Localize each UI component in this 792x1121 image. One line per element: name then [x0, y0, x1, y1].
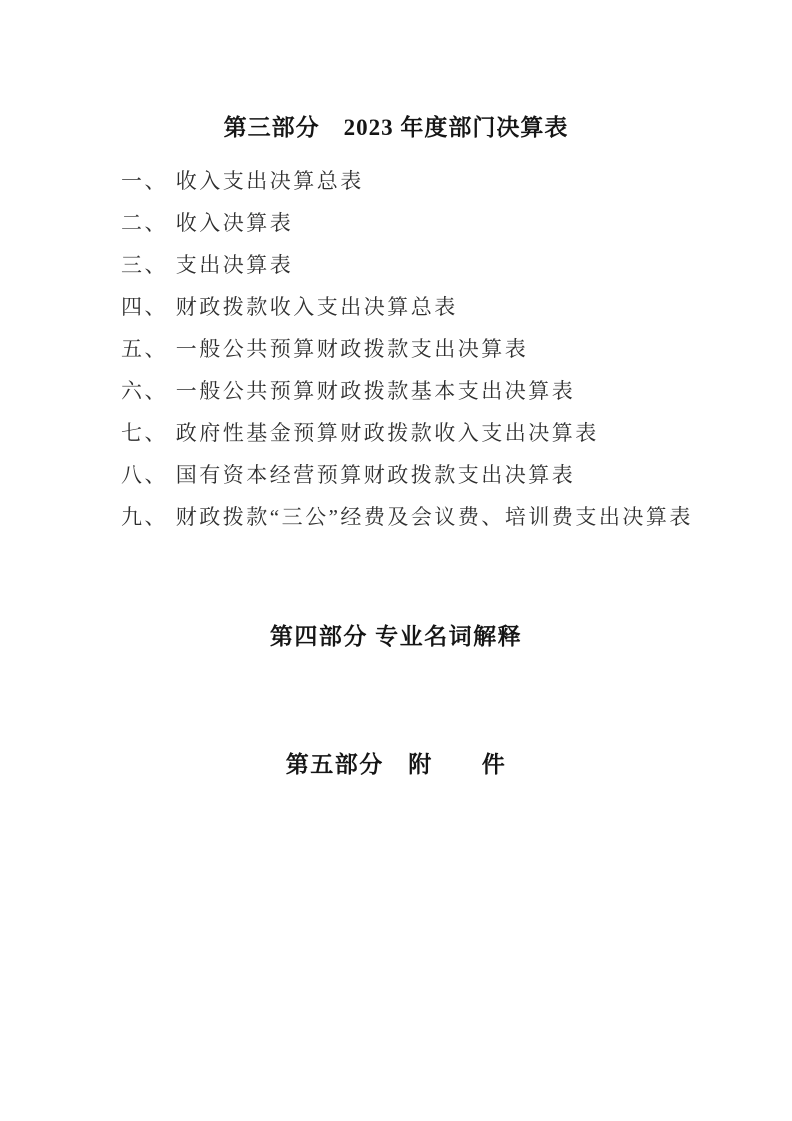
toc-item: 三、 支出决算表: [121, 243, 792, 285]
toc-item: 六、 一般公共预算财政拨款基本支出决算表: [121, 369, 792, 411]
section3-title: 第三部分 2023 年度部门决算表: [0, 15, 792, 143]
toc-item: 九、 财政拨款“三公”经费及会议费、培训费支出决算表: [121, 495, 792, 537]
toc-item: 一、 收入支出决算总表: [121, 159, 792, 201]
section5-title: 第五部分 附 件: [0, 750, 792, 780]
document-page: 第三部分 2023 年度部门决算表 一、 收入支出决算总表 二、 收入决算表 三…: [0, 0, 792, 1121]
section3-toc-list: 一、 收入支出决算总表 二、 收入决算表 三、 支出决算表 四、 财政拨款收入支…: [0, 159, 792, 537]
toc-item: 七、 政府性基金预算财政拨款收入支出决算表: [121, 411, 792, 453]
toc-item: 四、 财政拨款收入支出决算总表: [121, 285, 792, 327]
toc-item: 二、 收入决算表: [121, 201, 792, 243]
section4-title: 第四部分 专业名词解释: [0, 622, 792, 652]
toc-item: 八、 国有资本经营预算财政拨款支出决算表: [121, 453, 792, 495]
toc-item: 五、 一般公共预算财政拨款支出决算表: [121, 327, 792, 369]
